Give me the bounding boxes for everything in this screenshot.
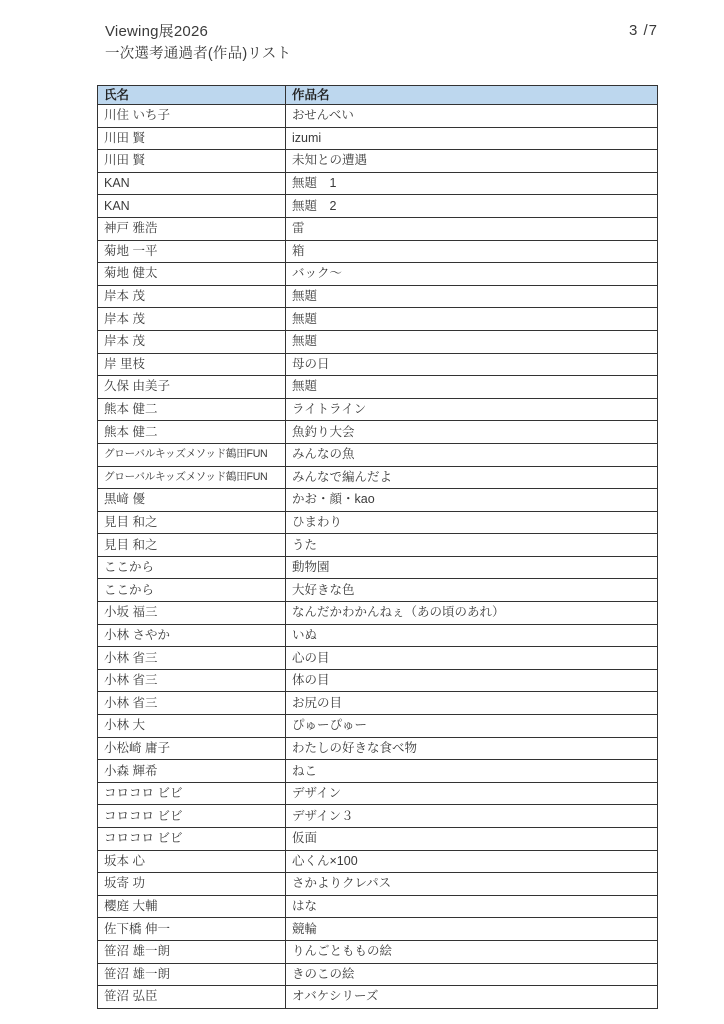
name-cell: KAN xyxy=(98,195,286,218)
work-cell: いぬ xyxy=(286,624,658,647)
table-row: 小林 省三 お尻の目 xyxy=(98,692,658,715)
table-row: KAN 無題 2 xyxy=(98,195,658,218)
name-cell: KAN xyxy=(98,172,286,195)
name-cell: 熊本 健二 xyxy=(98,421,286,444)
col-header-work: 作品名 xyxy=(286,86,658,105)
name-cell: 岸本 茂 xyxy=(98,285,286,308)
table-row: 小森 輝希 ねこ xyxy=(98,760,658,783)
name-cell: 川田 賢 xyxy=(98,127,286,150)
table-row: 川田 賢 izumi xyxy=(98,127,658,150)
name-cell: 川住 いち子 xyxy=(98,105,286,128)
passers-table: 氏名 作品名 川住 いち子 おせんべい 川田 賢 izumi 川田 賢 未知との… xyxy=(97,85,658,1009)
table-row: 坂寄 功 さかよりクレパス xyxy=(98,873,658,896)
work-cell: 魚釣り大会 xyxy=(286,421,658,444)
work-cell: izumi xyxy=(286,127,658,150)
page-title: Viewing展2026 xyxy=(105,21,658,43)
work-cell: かお・顔・kao xyxy=(286,489,658,512)
document-header: Viewing展2026 一次選考通過者(作品)リスト 3 /7 xyxy=(105,21,658,65)
work-cell: 無題 xyxy=(286,330,658,353)
name-cell: 神戸 雅浩 xyxy=(98,217,286,240)
table-row: 笹沼 雄一朗 きのこの絵 xyxy=(98,963,658,986)
table-row: 小林 大 ぴゅーぴゅー xyxy=(98,715,658,738)
work-cell: うた xyxy=(286,534,658,557)
name-cell: 久保 由美子 xyxy=(98,376,286,399)
table-row: 見目 和之 ひまわり xyxy=(98,511,658,534)
name-cell: ここから xyxy=(98,579,286,602)
document-page: Viewing展2026 一次選考通過者(作品)リスト 3 /7 氏名 作品名 … xyxy=(0,0,724,1024)
work-cell: わたしの好きな食べ物 xyxy=(286,737,658,760)
table-row: 小松崎 庸子 わたしの好きな食べ物 xyxy=(98,737,658,760)
name-cell: 小林 さやか xyxy=(98,624,286,647)
table-header-row: 氏名 作品名 xyxy=(98,86,658,105)
table-row: コロコロ ビビ デザイン３ xyxy=(98,805,658,828)
work-cell: ねこ xyxy=(286,760,658,783)
work-cell: 体の目 xyxy=(286,669,658,692)
table-row: 坂本 心 心くん×100 xyxy=(98,850,658,873)
table-row: KAN 無題 1 xyxy=(98,172,658,195)
name-cell: 笹沼 雄一朗 xyxy=(98,963,286,986)
table-row: 岸本 茂 無題 xyxy=(98,285,658,308)
name-cell: コロコロ ビビ xyxy=(98,782,286,805)
table-row: 笹沼 弘臣 オバケシリーズ xyxy=(98,986,658,1009)
table-row: 岸本 茂 無題 xyxy=(98,308,658,331)
work-cell: 無題 xyxy=(286,308,658,331)
name-cell: 笹沼 雄一朗 xyxy=(98,940,286,963)
name-cell: グローバルキッズメソッド鶴田FUN xyxy=(98,466,286,489)
work-cell: きのこの絵 xyxy=(286,963,658,986)
name-cell: 櫻庭 大輔 xyxy=(98,895,286,918)
name-cell: 岸本 茂 xyxy=(98,308,286,331)
work-cell: 動物園 xyxy=(286,556,658,579)
table-row: 川住 いち子 おせんべい xyxy=(98,105,658,128)
work-cell: はな xyxy=(286,895,658,918)
work-cell: おせんべい xyxy=(286,105,658,128)
table-row: 見目 和之 うた xyxy=(98,534,658,557)
name-cell: 小林 大 xyxy=(98,715,286,738)
name-cell: 小松崎 庸子 xyxy=(98,737,286,760)
name-cell: 岸本 茂 xyxy=(98,330,286,353)
table-row: 岸本 茂 無題 xyxy=(98,330,658,353)
table-row: ここから 大好きな色 xyxy=(98,579,658,602)
table-row: 菊地 健太 バック～ xyxy=(98,263,658,286)
name-cell: グローバルキッズメソッド鶴田FUN xyxy=(98,443,286,466)
name-cell: 菊地 健太 xyxy=(98,263,286,286)
table-row: グローバルキッズメソッド鶴田FUN みんなで編んだよ xyxy=(98,466,658,489)
work-cell: 無題 xyxy=(286,285,658,308)
work-cell: 心の目 xyxy=(286,647,658,670)
table-row: 久保 由美子 無題 xyxy=(98,376,658,399)
name-cell: 黒﨑 優 xyxy=(98,489,286,512)
table-row: 櫻庭 大輔 はな xyxy=(98,895,658,918)
work-cell: デザイン３ xyxy=(286,805,658,828)
work-cell: みんなで編んだよ xyxy=(286,466,658,489)
name-cell: 佐下橋 伸一 xyxy=(98,918,286,941)
col-header-name: 氏名 xyxy=(98,86,286,105)
work-cell: ライトライン xyxy=(286,398,658,421)
name-cell: 小林 省三 xyxy=(98,669,286,692)
name-cell: 小森 輝希 xyxy=(98,760,286,783)
work-cell: 心くん×100 xyxy=(286,850,658,873)
work-cell: さかよりクレパス xyxy=(286,873,658,896)
work-cell: デザイン xyxy=(286,782,658,805)
work-cell: なんだかわかんねぇ（あの頃のあれ） xyxy=(286,602,658,625)
work-cell: お尻の目 xyxy=(286,692,658,715)
table-row: 岸 里枝 母の日 xyxy=(98,353,658,376)
work-cell: オバケシリーズ xyxy=(286,986,658,1009)
table-row: 川田 賢 未知との遭遇 xyxy=(98,150,658,173)
work-cell: りんごとももの絵 xyxy=(286,940,658,963)
name-cell: 小林 省三 xyxy=(98,692,286,715)
work-cell: 仮面 xyxy=(286,828,658,851)
work-cell: ひまわり xyxy=(286,511,658,534)
name-cell: 坂本 心 xyxy=(98,850,286,873)
name-cell: 見目 和之 xyxy=(98,511,286,534)
name-cell: 笹沼 弘臣 xyxy=(98,986,286,1009)
work-cell: 箱 xyxy=(286,240,658,263)
page-number: 3 /7 xyxy=(629,22,658,39)
table-row: 菊地 一平 箱 xyxy=(98,240,658,263)
table-row: 小林 省三 心の目 xyxy=(98,647,658,670)
name-cell: 熊本 健二 xyxy=(98,398,286,421)
work-cell: 母の日 xyxy=(286,353,658,376)
work-cell: 未知との遭遇 xyxy=(286,150,658,173)
table-row: 小林 省三 体の目 xyxy=(98,669,658,692)
table-row: 熊本 健二 魚釣り大会 xyxy=(98,421,658,444)
name-cell: 小林 省三 xyxy=(98,647,286,670)
work-cell: ぴゅーぴゅー xyxy=(286,715,658,738)
work-cell: 雷 xyxy=(286,217,658,240)
work-cell: 無題 xyxy=(286,376,658,399)
name-cell: 坂寄 功 xyxy=(98,873,286,896)
name-cell: 見目 和之 xyxy=(98,534,286,557)
table-row: グローバルキッズメソッド鶴田FUN みんなの魚 xyxy=(98,443,658,466)
name-cell: コロコロ ビビ xyxy=(98,828,286,851)
work-cell: バック～ xyxy=(286,263,658,286)
work-cell: 無題 2 xyxy=(286,195,658,218)
table-row: ここから 動物園 xyxy=(98,556,658,579)
name-cell: 小坂 福三 xyxy=(98,602,286,625)
passers-table-body: 川住 いち子 おせんべい 川田 賢 izumi 川田 賢 未知との遭遇 KAN … xyxy=(98,105,658,1009)
table-row: 佐下橋 伸一 競輪 xyxy=(98,918,658,941)
name-cell: 岸 里枝 xyxy=(98,353,286,376)
table-row: 神戸 雅浩 雷 xyxy=(98,217,658,240)
table-row: コロコロ ビビ デザイン xyxy=(98,782,658,805)
name-cell: 川田 賢 xyxy=(98,150,286,173)
table-row: 熊本 健二 ライトライン xyxy=(98,398,658,421)
name-cell: コロコロ ビビ xyxy=(98,805,286,828)
name-cell: 菊地 一平 xyxy=(98,240,286,263)
work-cell: 競輪 xyxy=(286,918,658,941)
table-row: コロコロ ビビ 仮面 xyxy=(98,828,658,851)
table-row: 黒﨑 優 かお・顔・kao xyxy=(98,489,658,512)
table-row: 笹沼 雄一朗 りんごとももの絵 xyxy=(98,940,658,963)
page-subtitle: 一次選考通過者(作品)リスト xyxy=(105,43,658,65)
work-cell: 無題 1 xyxy=(286,172,658,195)
work-cell: みんなの魚 xyxy=(286,443,658,466)
work-cell: 大好きな色 xyxy=(286,579,658,602)
table-row: 小林 さやか いぬ xyxy=(98,624,658,647)
name-cell: ここから xyxy=(98,556,286,579)
table-row: 小坂 福三 なんだかわかんねぇ（あの頃のあれ） xyxy=(98,602,658,625)
